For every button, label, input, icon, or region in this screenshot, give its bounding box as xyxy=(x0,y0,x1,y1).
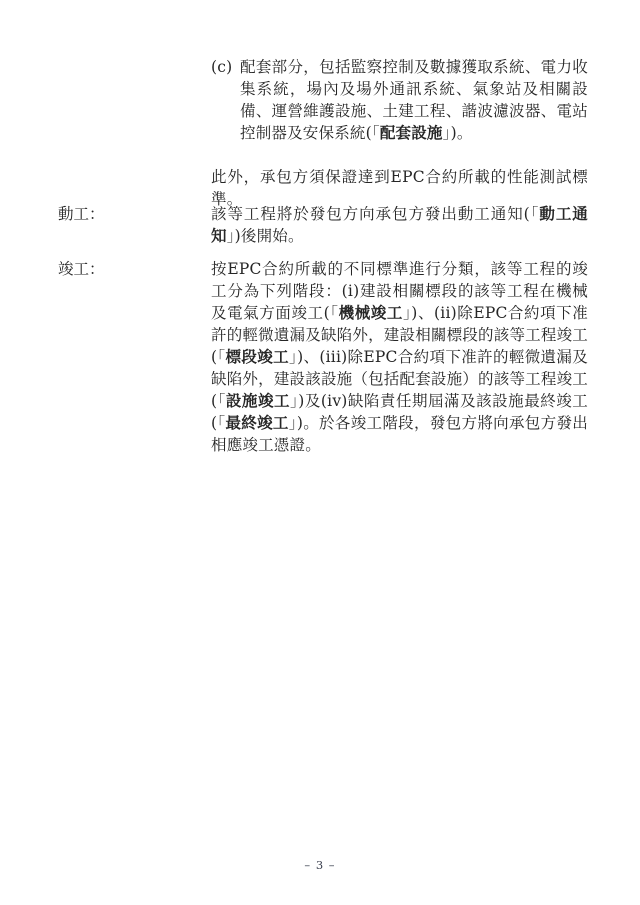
completion-paragraph: 按EPC合約所載的不同標準進行分類，該等工程的竣工分為下列階段：(i)建設相關標… xyxy=(211,258,588,456)
document-page: (c) 配套部分，包括監察控制及數據獲取系統、電力收集系統，場內及場外通訊系統、… xyxy=(0,0,640,905)
page-number: – 3 – xyxy=(0,858,640,872)
commencement-paragraph: 該等工程將於發包方向承包方發出動工通知(「動工通知」)後開始。 xyxy=(211,203,588,247)
completion-label: 竣工： xyxy=(58,258,203,280)
commencement-label: 動工： xyxy=(58,203,203,225)
list-item-c-marker: (c) xyxy=(211,56,240,78)
list-item-c-text: 配套部分，包括監察控制及數據獲取系統、電力收集系統，場內及場外通訊系統、氣象站及… xyxy=(240,58,588,142)
list-item-c: (c) 配套部分，包括監察控制及數據獲取系統、電力收集系統，場內及場外通訊系統、… xyxy=(211,56,588,144)
